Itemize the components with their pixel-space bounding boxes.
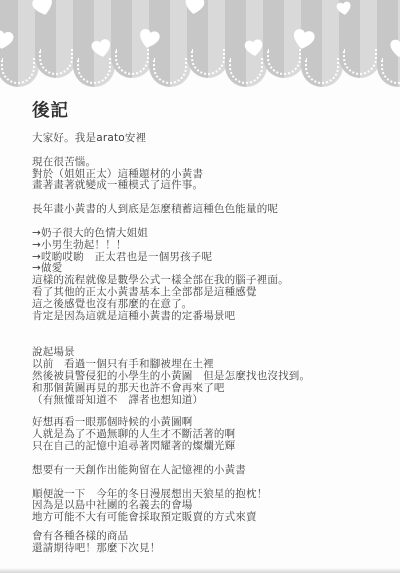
page-title: 後記 (32, 100, 390, 122)
scallop-tongue (301, 0, 343, 87)
dot-trim (153, 58, 187, 84)
scallop-tongue (339, 0, 381, 78)
paragraph: 想要有一天創作出能夠留在人記憶裡的小黃書 (32, 465, 390, 477)
text-line: 然後被員警侵犯的小學生的小黃圖 但是怎麼找也沒找到。 (32, 371, 390, 383)
scallop-tongue (263, 0, 305, 78)
paragraph: 說起場景以前 看過一個只有手和腳被埋在土裡然後被員警侵犯的小學生的小黃圖 但是怎… (32, 347, 390, 406)
text-line: →哎喲哎喲 正太君也是一個男孩子呢 (32, 252, 390, 264)
text-line: 這之後感覺也沒有那麼的在意了。 (32, 299, 390, 311)
dot-trim (267, 49, 301, 75)
scallop-tongue (187, 0, 229, 78)
text-line: 現在很苦惱。 (32, 157, 390, 169)
text-line: 長年畫小黃書的人到底是怎麼積蓄這種色色能量的呢 (32, 204, 390, 216)
text-line: 還請期待吧！那麼下次見！ (32, 543, 390, 555)
text-line: 大家好。我是arato安裡 (32, 133, 390, 145)
text-line: 只在自己的記憶中追尋著閃耀著的燦爛光輝 (32, 441, 390, 453)
scallop-tongue (149, 0, 191, 87)
text-line: 地方可能不大有可能會採取預定販賣的方式來賣 (32, 512, 390, 524)
paragraph: 會有各種各樣的商品還請期待吧！那麼下次見！ (32, 531, 390, 555)
scallop-tongue (225, 0, 267, 87)
page-bottom-shadow (0, 568, 400, 573)
afterword-text: 大家好。我是arato安裡現在很苦惱。對於（姐姐正太）這種題材的小黃書畫著畫著就… (32, 133, 390, 555)
text-line: （有無懂哥知道不 譯者也想知道） (32, 395, 390, 407)
text-line: 畫著畫著就變成一種模式了這件事。 (32, 180, 390, 192)
dot-trim (191, 49, 225, 75)
scallop-tongue (0, 0, 39, 87)
afterword-content: 後記 大家好。我是arato安裡現在很苦惱。對於（姐姐正太）這種題材的小黃書畫著… (32, 100, 390, 555)
paragraph: →奶子很大的色情大姐姐→小男生勃起！！！→哎喲哎喲 正太君也是一個男孩子呢→做愛… (32, 228, 390, 322)
scallop-banner (0, 0, 400, 94)
text-line: 和那個黃圖再見的那天也許不會再來了吧 (32, 383, 390, 395)
dot-trim (1, 58, 35, 84)
paragraph: 順便說一下 今年的冬日漫展想出天狼星的抱枕！因為是以島中社團的名義去的會場地方可… (32, 489, 390, 524)
text-line: 想要有一天創作出能夠留在人記憶裡的小黃書 (32, 465, 390, 477)
text-line: →小男生勃起！！！ (32, 240, 390, 252)
paragraph: 大家好。我是arato安裡 (32, 133, 390, 145)
dot-trim (343, 49, 377, 75)
paragraph: 長年畫小黃書的人到底是怎麼積蓄這種色色能量的呢 (32, 204, 390, 216)
dot-trim (381, 58, 400, 84)
afterword-page: 後記 大家好。我是arato安裡現在很苦惱。對於（姐姐正太）這種題材的小黃書畫著… (0, 0, 400, 573)
dot-trim (39, 49, 73, 75)
text-line: 看了其他的正太小黃書基本上全部都是這種感覺 (32, 287, 390, 299)
paragraph: 現在很苦惱。對於（姐姐正太）這種題材的小黃書畫著畫著就變成一種模式了這件事。 (32, 157, 390, 192)
text-line: 會有各種各樣的商品 (32, 531, 390, 543)
dot-trim (305, 58, 339, 84)
scallop-tongue (35, 0, 77, 78)
scallop-tongue (73, 0, 115, 87)
text-line: 肯定是因為這就是這種小黃書的定番場景吧 (32, 311, 390, 323)
paragraph: 好想再看一眼那個時候的小黃圖啊人就是為了不過無聊的人生才不斷活著的啊只在自己的記… (32, 417, 390, 452)
scallop-tongue (111, 0, 153, 78)
text-line: →奶子很大的色情大姐姐 (32, 228, 390, 240)
dot-trim (115, 49, 149, 75)
scallop-tongue (377, 0, 400, 87)
dot-trim (77, 58, 111, 84)
dot-trim (229, 58, 263, 84)
